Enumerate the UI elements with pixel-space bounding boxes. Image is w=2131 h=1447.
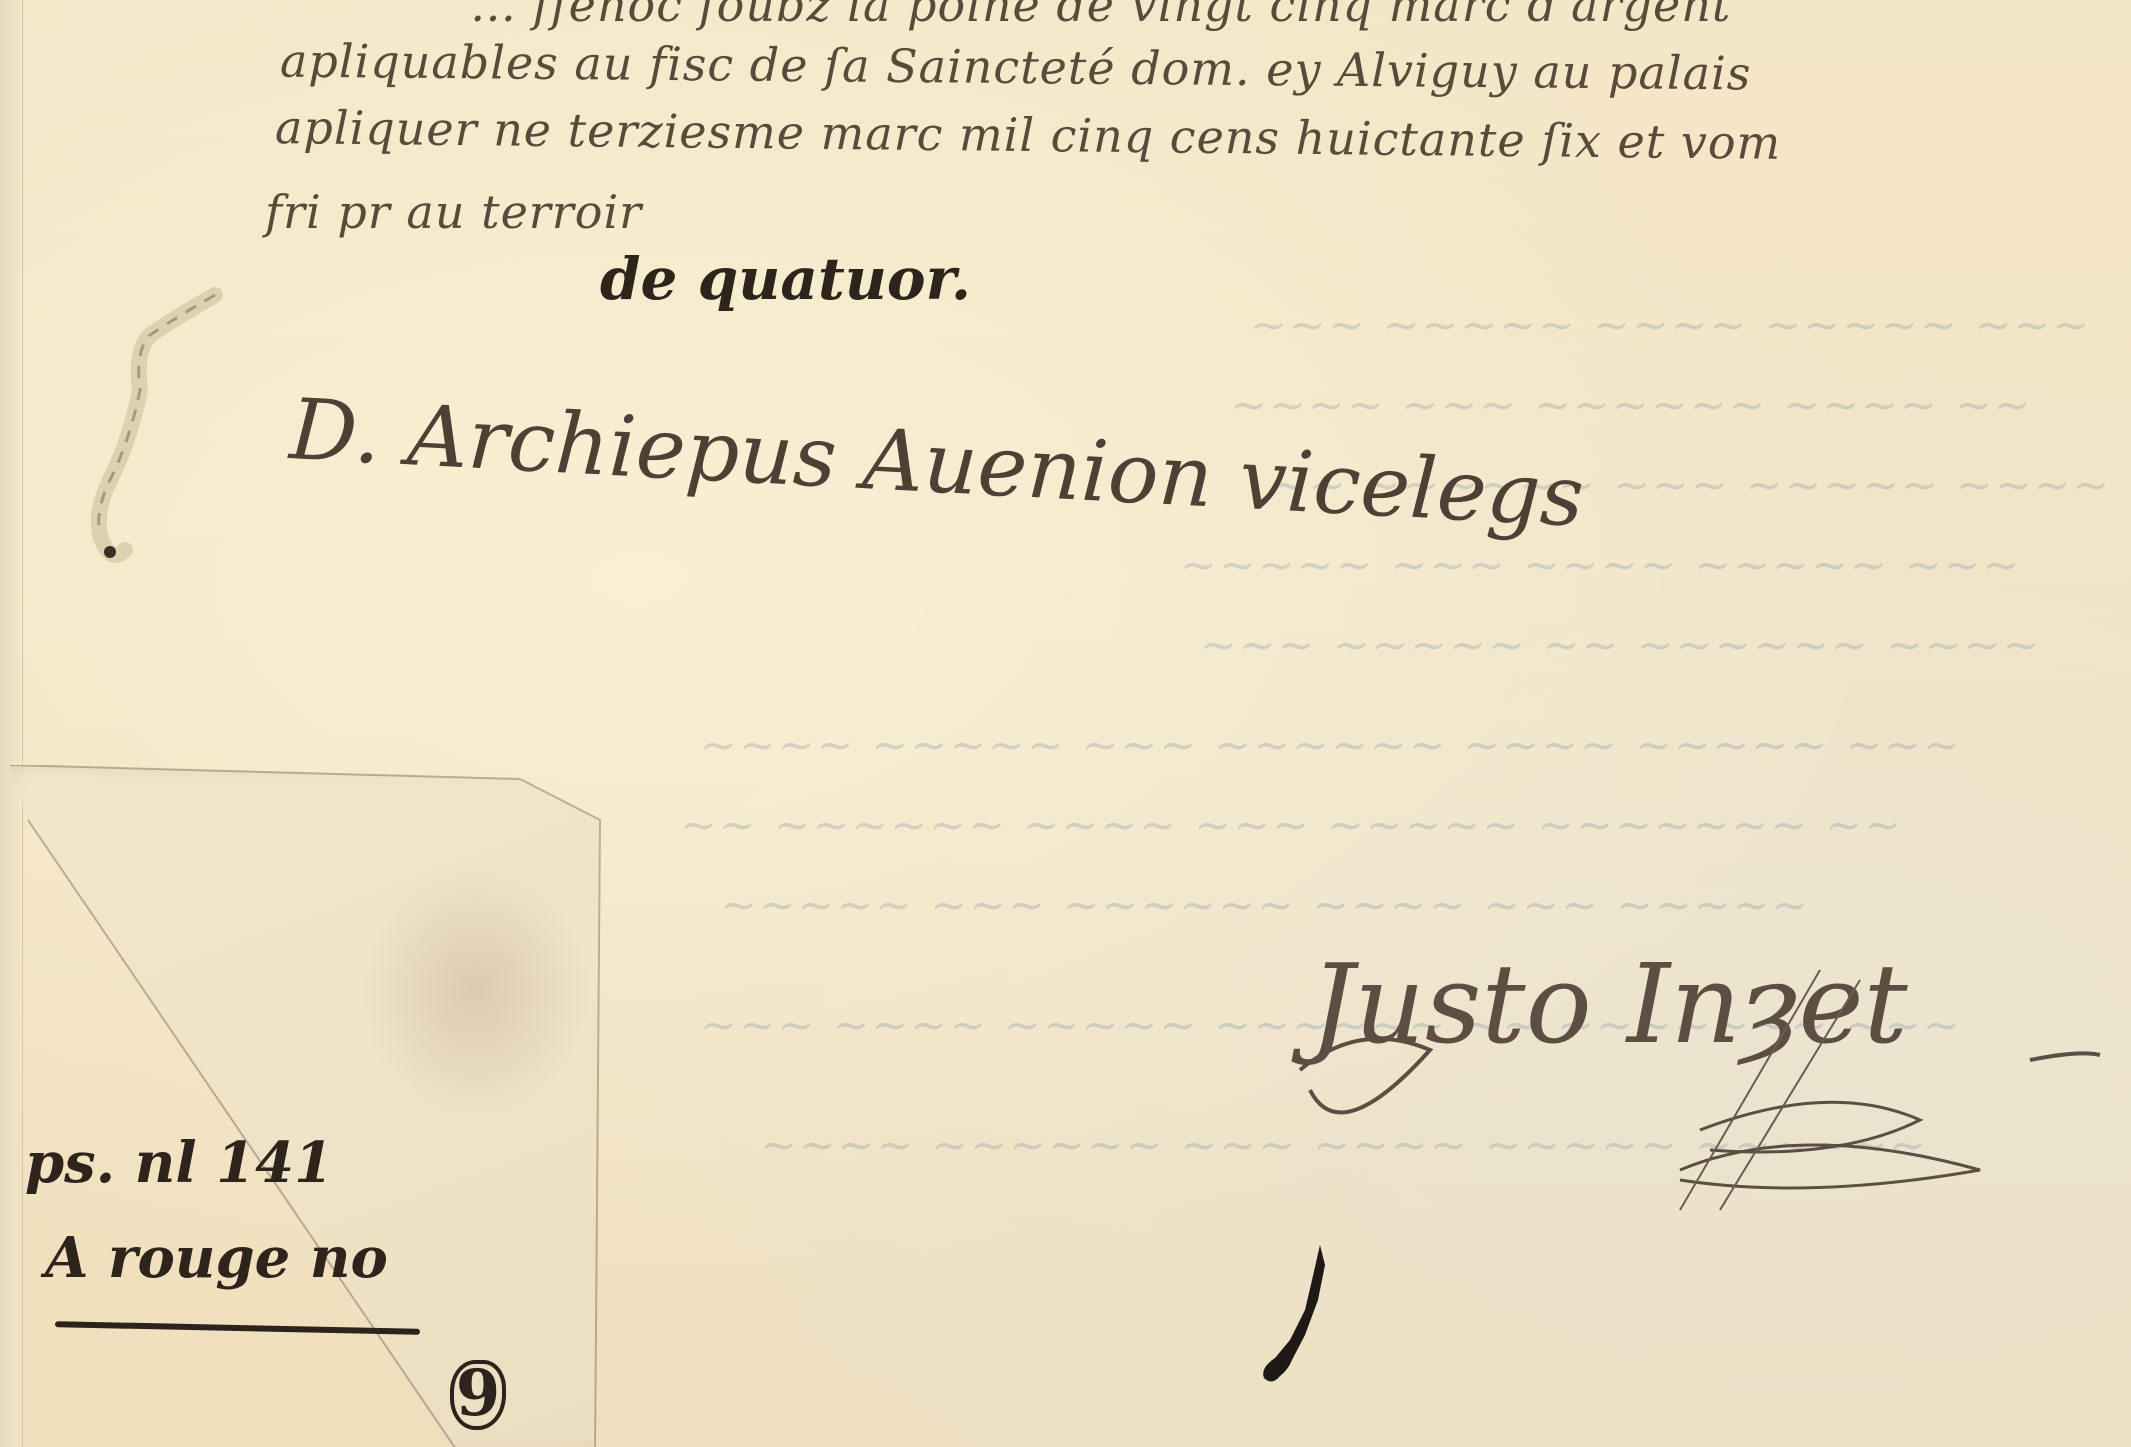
notary-mark: de quatuor.	[600, 245, 971, 313]
archival-note-line2: A rouge no	[45, 1225, 388, 1291]
text-line-4: fri pr au terroir	[265, 185, 642, 239]
bleedthrough-line: ~~ ~~~~~~ ~~~~ ~~~ ~~~~~ ~~~~~~~ ~~	[680, 800, 1903, 851]
folio-mark: 9	[450, 1360, 506, 1430]
twisted-paper-string-icon	[40, 280, 240, 600]
signature-paraph-flourish	[1280, 880, 2130, 1240]
ink-blot-icon	[1250, 1240, 1340, 1390]
bleedthrough-line: ~~~~ ~~~~~ ~~~ ~~~~~~ ~~~~ ~~~~~ ~~~	[700, 720, 1962, 771]
archival-note-line1: ps. nl 141	[25, 1130, 333, 1196]
text-line-1: … ſſenoc ſoubz la poine de vingt cinq ma…	[470, 0, 1731, 32]
water-stain	[360, 860, 590, 1120]
bleedthrough-line: ~~~~~ ~~~ ~~~~ ~~~~~ ~~~	[1180, 540, 2021, 591]
bleedthrough-line: ~~~ ~~~~~ ~~~~ ~~~~~ ~~~	[1250, 300, 2091, 351]
bleedthrough-line: ~~~ ~~~~~ ~~ ~~~~~~ ~~~~	[1200, 620, 2041, 671]
page-left-edge	[0, 0, 23, 1447]
bleedthrough-line: ~~~~ ~~~ ~~~~~~ ~~~~ ~~	[1230, 380, 2032, 431]
